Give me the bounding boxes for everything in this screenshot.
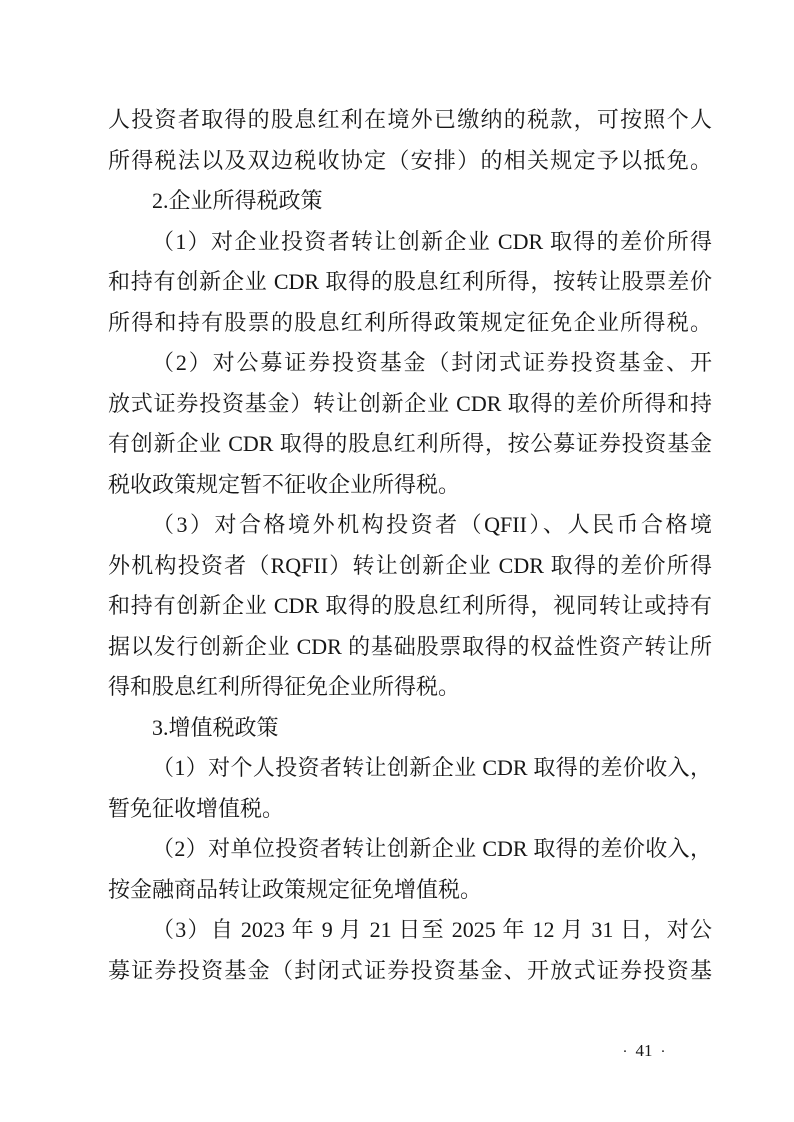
document-page: 人投资者取得的股息红利在境外已缴纳的税款，可按照个人 所得税法以及双边税收协定（… <box>0 0 794 1122</box>
text-line: 有创新企业 CDR 取得的股息红利所得，按公募证券投资基金 <box>108 424 712 465</box>
heading-line: 2.企业所得税政策 <box>108 181 712 222</box>
footer-dot-right: · <box>661 1044 666 1060</box>
text-line: （1）对企业投资者转让创新企业 CDR 取得的差价所得 <box>108 222 712 263</box>
text-line: 和持有创新企业 CDR 取得的股息红利所得，视同转让或持有 <box>108 586 712 627</box>
page-footer: ·41· <box>584 1040 704 1063</box>
text-line: 据以发行创新企业 CDR 的基础股票取得的权益性资产转让所 <box>108 627 712 668</box>
footer-dot-left: · <box>623 1044 628 1060</box>
text-line: 所得和持有股票的股息红利所得政策规定征免企业所得税。 <box>108 303 712 344</box>
text-line: 募证券投资基金（封闭式证券投资基金、开放式证券投资基 <box>108 951 712 992</box>
heading-line: 3.增值税政策 <box>108 708 712 749</box>
text-line: 人投资者取得的股息红利在境外已缴纳的税款，可按照个人 <box>108 100 712 141</box>
text-line: （1）对个人投资者转让创新企业 CDR 取得的差价收入， <box>108 748 712 789</box>
text-line: 外机构投资者（RQFII）转让创新企业 CDR 取得的差价所得 <box>108 546 712 587</box>
document-text-block: 人投资者取得的股息红利在境外已缴纳的税款，可按照个人 所得税法以及双边税收协定（… <box>108 100 712 991</box>
text-line: （2）对公募证券投资基金（封闭式证券投资基金、开 <box>108 343 712 384</box>
text-line: 暂免征收增值税。 <box>108 789 712 830</box>
text-line: （3）自 2023 年 9 月 21 日至 2025 年 12 月 31 日，对… <box>108 910 712 951</box>
text-line: 税收政策规定暂不征收企业所得税。 <box>108 465 712 506</box>
text-line: 按金融商品转让政策规定征免增值税。 <box>108 870 712 911</box>
text-line: 所得税法以及双边税收协定（安排）的相关规定予以抵免。 <box>108 141 712 182</box>
text-line: 和持有创新企业 CDR 取得的股息红利所得，按转让股票差价 <box>108 262 712 303</box>
text-line: （2）对单位投资者转让创新企业 CDR 取得的差价收入， <box>108 829 712 870</box>
text-line: （3）对合格境外机构投资者（QFII）、人民币合格境 <box>108 505 712 546</box>
text-line: 放式证券投资基金）转让创新企业 CDR 取得的差价所得和持 <box>108 384 712 425</box>
page-number: 41 <box>636 1041 653 1060</box>
text-line: 得和股息红利所得征免企业所得税。 <box>108 667 712 708</box>
